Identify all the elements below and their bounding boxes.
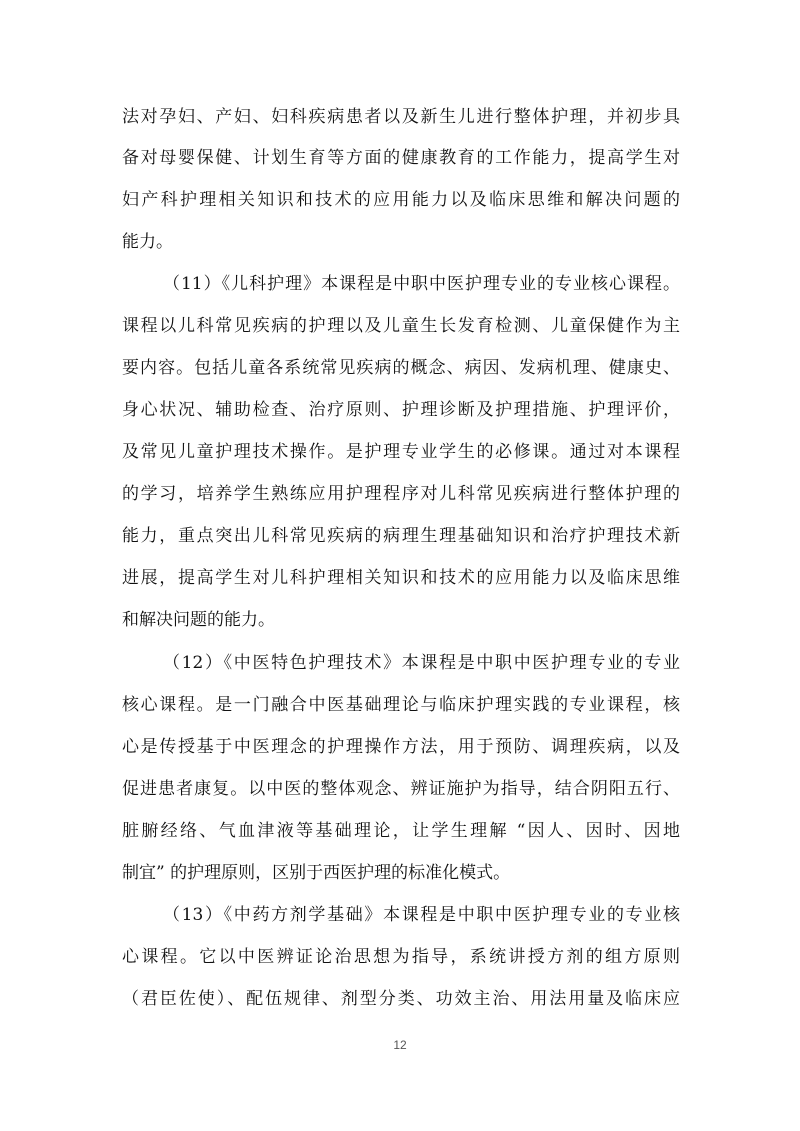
paragraph-line: 脏腑经络、气血津液等基础理论，让学生理解 “因人、因时、因地 bbox=[122, 816, 680, 846]
paragraph-line: 及常见儿童护理技术操作。是护理专业学生的必修课。通过对本课程 bbox=[122, 437, 680, 467]
paragraph-line: 核心课程。是一门融合中医基础理论与临床护理实践的专业课程，核 bbox=[122, 690, 680, 720]
paragraph-line: 心课程。它以中医辨证论治思想为指导，系统讲授方剂的组方原则 bbox=[122, 942, 680, 972]
paragraph-line: 制宜” 的护理原则，区别于西医护理的标准化模式。 bbox=[122, 858, 680, 888]
paragraph-line: 心是传授基于中医理念的护理操作方法，用于预防、调理疾病，以及 bbox=[122, 732, 680, 762]
paragraph-heading-line-tcm-nursing-techniques: （12）《中医特色护理技术》本课程是中职中医护理专业的专业 bbox=[163, 648, 680, 678]
paragraph-heading-line-tcm-formulas: （13）《中药方剂学基础》本课程是中职中医护理专业的专业核 bbox=[163, 900, 680, 930]
paragraph-line: 身心状况、辅助检查、治疗原则、护理诊断及护理措施、护理评价， bbox=[122, 395, 680, 425]
paragraph-line: 和解决问题的能力。 bbox=[122, 605, 680, 635]
paragraph-line: 能力。 bbox=[122, 227, 680, 257]
paragraph-line: 进展，提高学生对儿科护理相关知识和技术的应用能力以及临床思维 bbox=[122, 563, 680, 593]
paragraph-line: 的学习，培养学生熟练应用护理程序对儿科常见疾病进行整体护理的 bbox=[122, 479, 680, 509]
document-page: 法对孕妇、产妇、妇科疾病患者以及新生儿进行整体护理，并初步具 备对母婴保健、计划… bbox=[0, 0, 800, 1131]
paragraph-line: 促进患者康复。以中医的整体观念、辨证施护为指导，结合阴阳五行、 bbox=[122, 774, 680, 804]
paragraph-line: 妇产科护理相关知识和技术的应用能力以及临床思维和解决问题的 bbox=[122, 185, 680, 215]
paragraph-line: 备对母婴保健、计划生育等方面的健康教育的工作能力，提高学生对 bbox=[122, 143, 680, 173]
paragraph-line: （君臣佐使）、配伍规律、剂型分类、功效主治、用法用量及临床应 bbox=[122, 984, 680, 1014]
page-number: 12 bbox=[0, 1038, 800, 1052]
paragraph-line: 课程以儿科常见疾病的护理以及儿童生长发育检测、儿童保健作为主 bbox=[122, 311, 680, 341]
paragraph-heading-line-pediatric-nursing: （11）《儿科护理》本课程是中职中医护理专业的专业核心课程。 bbox=[163, 269, 680, 299]
paragraph-line: 法对孕妇、产妇、妇科疾病患者以及新生儿进行整体护理，并初步具 bbox=[122, 102, 680, 132]
paragraph-line: 能力，重点突出儿科常见疾病的病理生理基础知识和治疗护理技术新 bbox=[122, 521, 680, 551]
paragraph-line: 要内容。包括儿童各系统常见疾病的概念、病因、发病机理、健康史、 bbox=[122, 353, 680, 383]
